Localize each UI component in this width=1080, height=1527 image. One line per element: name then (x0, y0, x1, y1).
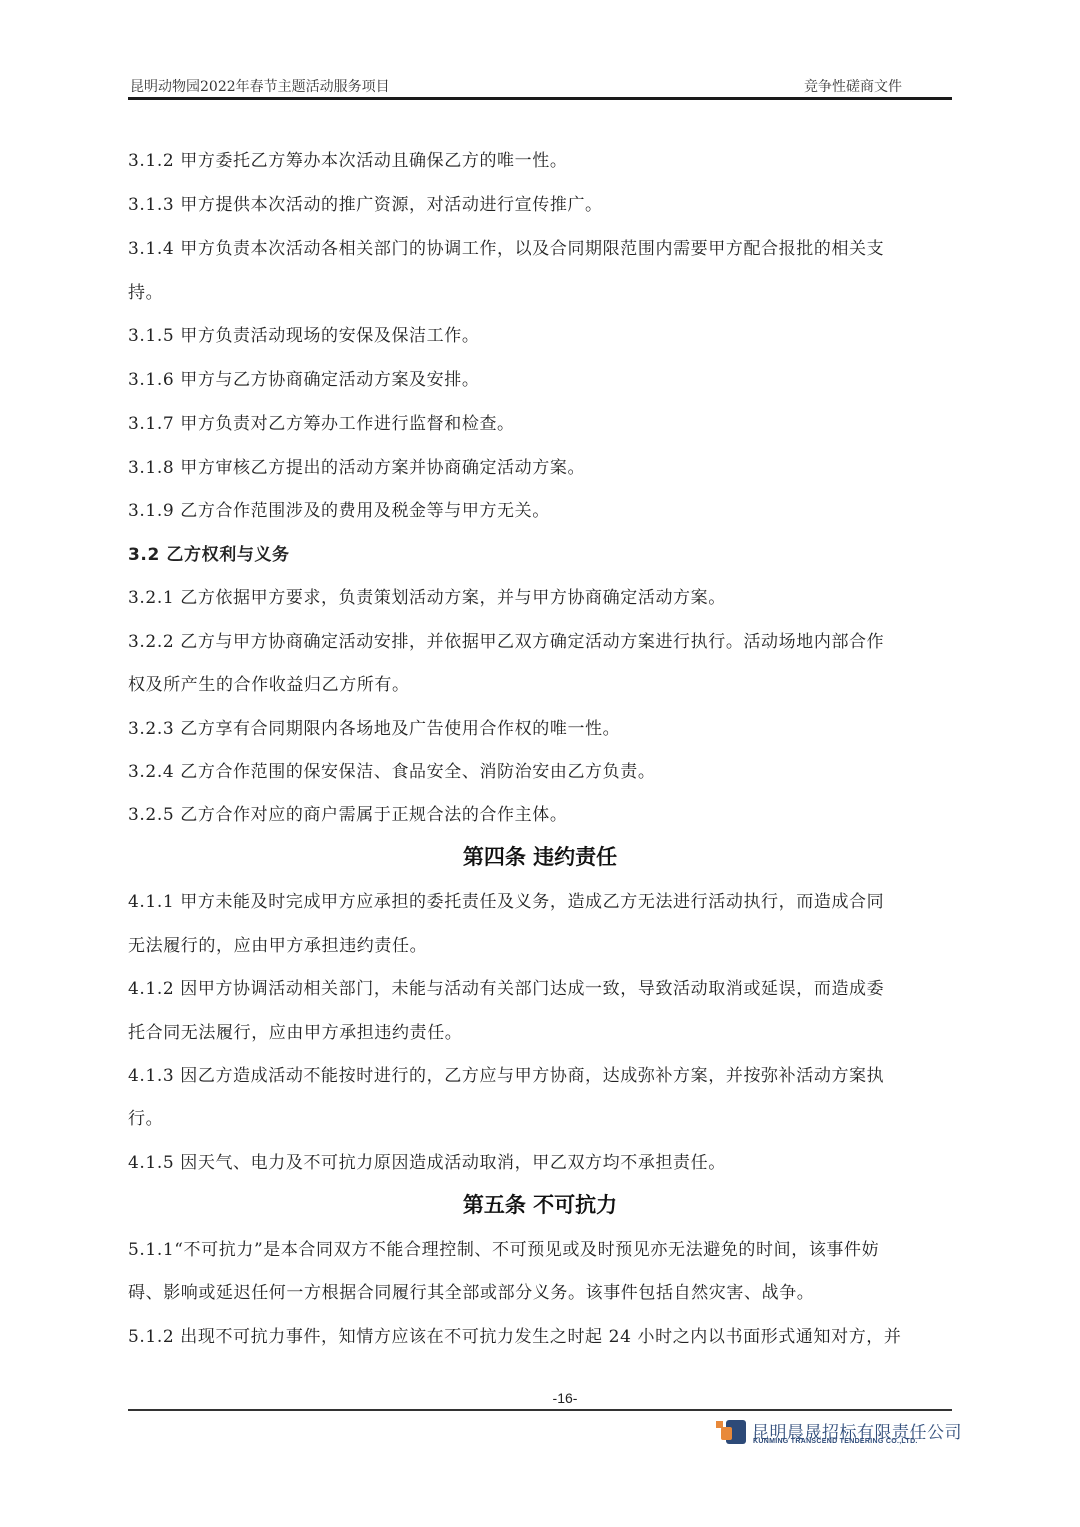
clause-3-1-7: 3.1.7 甲方负责对乙方筹办工作进行监督和检查。 (128, 409, 515, 434)
footer-divider (128, 1409, 952, 1411)
header-project-title: 昆明动物园2022年春节主题活动服务项目 (130, 76, 390, 96)
clause-5-1-1-cont: 碍、影响或延迟任何一方根据合同履行其全部或部分义务。该事件包括自然灾害、战争。 (128, 1278, 814, 1303)
clause-3-2-5: 3.2.5 乙方合作对应的商户需属于正规合法的合作主体。 (128, 800, 567, 825)
clause-5-1-1: 5.1.1“不可抗力”是本合同双方不能合理控制、不可预见或及时预见亦无法避免的时… (128, 1235, 879, 1260)
document-page: 昆明动物园2022年春节主题活动服务项目 竞争性磋商文件 3.1.2 甲方委托乙… (0, 0, 1080, 1527)
clause-4-1-1-cont: 无法履行的，应由甲方承担违约责任。 (128, 931, 427, 956)
article-5-heading: 第五条 不可抗力 (0, 1189, 1080, 1219)
clause-4-1-5: 4.1.5 因天气、电力及不可抗力原因造成活动取消，甲乙双方均不承担责任。 (128, 1148, 726, 1173)
page-number: -16- (0, 1390, 1080, 1406)
clause-3-1-9: 3.1.9 乙方合作范围涉及的费用及税金等与甲方无关。 (128, 496, 550, 521)
clause-3-1-6: 3.1.6 甲方与乙方协商确定活动方案及安排。 (128, 365, 479, 390)
clause-3-1-2: 3.1.2 甲方委托乙方筹办本次活动且确保乙方的唯一性。 (128, 146, 567, 171)
clause-3-2-2-cont: 权及所产生的合作收益归乙方所有。 (128, 670, 410, 695)
clause-3-1-3: 3.1.3 甲方提供本次活动的推广资源，对活动进行宣传推广。 (128, 190, 603, 215)
clause-4-1-2: 4.1.2 因甲方协调活动相关部门，未能与活动有关部门达成一致，导致活动取消或延… (128, 974, 884, 999)
company-name-en: KUNMING TRANSCEND TENDERING CO.,LTD. (753, 1438, 918, 1445)
clause-4-1-3-cont: 行。 (128, 1104, 163, 1129)
logo-mark-orange-block-icon (721, 1427, 732, 1440)
clause-5-1-2: 5.1.2 出现不可抗力事件，知情方应该在不可抗力发生之时起 24 小时之内以书… (128, 1322, 902, 1347)
clause-3-1-4: 3.1.4 甲方负责本次活动各相关部门的协调工作，以及合同期限范围内需要甲方配合… (128, 234, 884, 259)
clause-3-2-2: 3.2.2 乙方与甲方协商确定活动安排，并依据甲乙双方确定活动方案进行执行。活动… (128, 627, 884, 652)
clause-4-1-2-cont: 托合同无法履行，应由甲方承担违约责任。 (128, 1018, 462, 1043)
clause-3-1-8: 3.1.8 甲方审核乙方提出的活动方案并协商确定活动方案。 (128, 453, 585, 478)
page-header: 昆明动物园2022年春节主题活动服务项目 竞争性磋商文件 (128, 76, 950, 96)
clause-3-1-5: 3.1.5 甲方负责活动现场的安保及保洁工作。 (128, 321, 479, 346)
article-4-heading: 第四条 违约责任 (0, 841, 1080, 871)
company-logo: 昆明晨晟招标有限责任公司 KUNMING TRANSCEND TENDERING… (716, 1418, 956, 1448)
clause-4-1-3: 4.1.3 因乙方造成活动不能按时进行的，乙方应与甲方协商，达成弥补方案，并按弥… (128, 1061, 884, 1086)
clause-4-1-1: 4.1.1 甲方未能及时完成甲方应承担的委托责任及义务，造成乙方无法进行活动执行… (128, 887, 884, 912)
clause-3-2-1: 3.2.1 乙方依据甲方要求，负责策划活动方案，并与甲方协商确定活动方案。 (128, 583, 726, 608)
clause-3-2-3: 3.2.3 乙方享有合同期限内各场地及广告使用合作权的唯一性。 (128, 714, 620, 739)
header-document-type: 竞争性磋商文件 (804, 76, 902, 96)
section-3-2-heading: 3.2 乙方权利与义务 (128, 540, 290, 565)
header-divider (128, 97, 952, 100)
clause-3-2-4: 3.2.4 乙方合作范围的保安保洁、食品安全、消防治安由乙方负责。 (128, 757, 655, 782)
clause-3-1-4-cont: 持。 (128, 278, 163, 303)
